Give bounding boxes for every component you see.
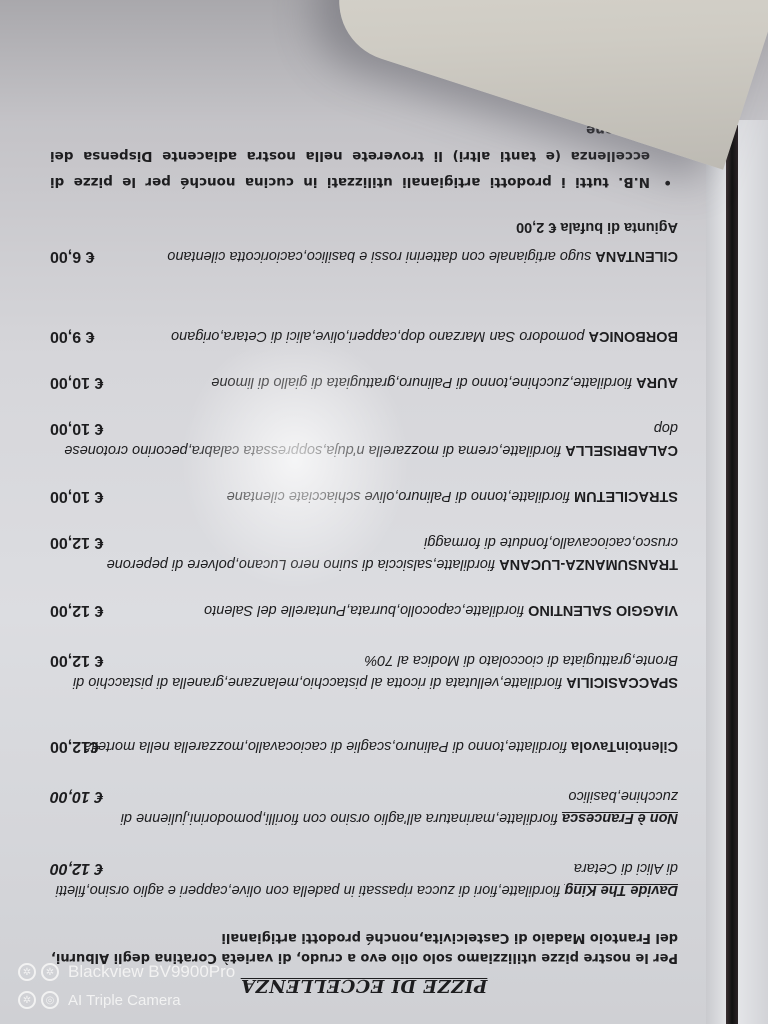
item-name: VIAGGIO SALENTINO (528, 602, 678, 618)
footnote: • N.B. tutti i prodotti artigianali util… (50, 117, 678, 195)
item-price: € 10,00 (50, 371, 103, 393)
item-price: € 6,00 (50, 245, 94, 267)
menu-item: STRACILETUM fiordilatte,tonno di Palinur… (50, 485, 678, 507)
item-name: Non è Francesca (562, 810, 678, 826)
item-desc: fiordilatte,tonno di Palinuro,scaglie di… (83, 738, 571, 754)
item-price: € 12,00 (50, 857, 103, 879)
menu-item: AURA fiordilatte,zucchine,tonno di Palin… (50, 371, 678, 393)
item-desc: pomodoro San Marzano dop,capperi,olive,a… (171, 328, 589, 344)
watermark-model: Blackview BV9900Pro (68, 962, 235, 982)
menu-content-rotated: PIZZE DI ECCELLENZA Per le nostre pizze … (0, 0, 728, 1024)
item-name: CilentoinTavola (571, 738, 678, 754)
aperture-icon: ✲ (41, 963, 59, 981)
aperture-icon: ✲ (18, 991, 36, 1009)
item-desc: sugo artigianale con datterini rossi e b… (167, 248, 595, 264)
aperture-icon: ✲ (18, 963, 36, 981)
watermark-camera: AI Triple Camera (68, 992, 181, 1009)
item-price: € 10,00 (50, 485, 103, 507)
item-price: € 12,00 (50, 531, 103, 553)
menu-item: SPACCASICILIA fiordilatte,vellutata di r… (50, 649, 678, 693)
item-price: € 12,00 (50, 649, 103, 671)
item-name: AURA (636, 374, 678, 390)
item-price: € 9,00 (50, 325, 94, 347)
item-name: CALABRISELLA (565, 442, 678, 458)
menu-item: VIAGGIO SALENTINO fiordilatte,capocollo,… (50, 599, 678, 621)
item-desc: fiordilatte,tonno di Palinuro,olive schi… (227, 488, 574, 504)
camera-watermark: ✲ ✲ Blackview BV9900Pro ✲ ◎ AI Triple Ca… (18, 960, 235, 1016)
item-desc: fiordilatte,capocollo,burrata,Puntarelle… (204, 602, 528, 618)
item-price: € 10,00 (50, 785, 103, 807)
item-name: Davide The King (564, 882, 678, 898)
bullet-icon: • (663, 169, 672, 195)
footnote-text: N.B. tutti i prodotti artigianali utiliz… (50, 122, 650, 190)
item-price: € 10,00 (50, 417, 103, 439)
buffalo-addon: Agiunta di bufala € 2,00 (50, 219, 678, 235)
item-name: STRACILETUM (574, 488, 678, 504)
item-name: SPACCASICILIA (566, 674, 678, 690)
menu-item: CilentoinTavola fiordilatte,tonno di Pal… (50, 735, 678, 757)
menu-item: TRANSUMANZA-LUCANA fiordilatte,salsiccia… (50, 531, 678, 575)
menu-item: BORBONICA pomodoro San Marzano dop,cappe… (50, 325, 678, 347)
menu-item: Davide The King fiordilatte,fiori di zuc… (50, 857, 678, 901)
item-price: €12,00 (50, 735, 99, 757)
item-name: TRANSUMANZA-LUCANA (499, 556, 678, 572)
item-name: BORBONICA (589, 328, 678, 344)
menu-page: PIZZE DI ECCELLENZA Per le nostre pizze … (0, 0, 728, 1024)
menu-item: CALABRISELLA fiordilatte,crema di mozzar… (50, 417, 678, 461)
menu-item: CILENTANA sugo artigianale con datterini… (50, 245, 678, 267)
watermark-row-1: ✲ ✲ Blackview BV9900Pro (18, 960, 235, 984)
item-price: € 12,00 (50, 599, 103, 621)
item-desc: fiordilatte,zucchine,tonno di Palinuro,g… (211, 374, 636, 390)
item-name: CILENTANA (595, 248, 678, 264)
lens-icon: ◎ (41, 991, 59, 1009)
menu-item: Non è Francesca fiordilatte,marinatura a… (50, 785, 678, 829)
watermark-row-2: ✲ ◎ AI Triple Camera (18, 988, 235, 1012)
